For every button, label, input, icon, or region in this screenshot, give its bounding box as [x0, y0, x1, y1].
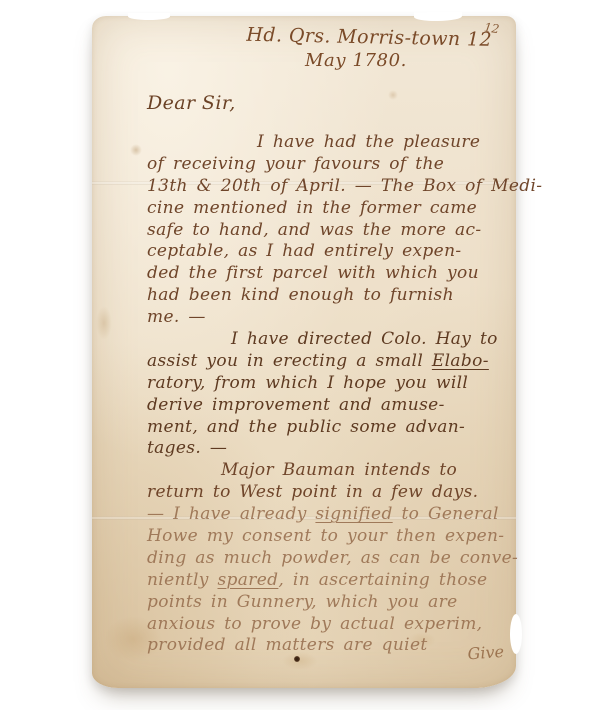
letter-page: 12 Hd. Qrs. Morris-town 12 May 1780. Dea…	[92, 16, 516, 688]
letter-line: Major Bauman intends to	[147, 460, 519, 482]
line-segment: assist you in erecting a small	[147, 351, 432, 371]
paper-stain	[96, 306, 112, 340]
letter-line: I have directed Colo. Hay to	[147, 329, 519, 351]
paper-stain	[130, 144, 142, 156]
letter-line: derive improvement and amuse-	[147, 395, 519, 417]
paper-stain	[388, 90, 398, 100]
letter-line: Howe my consent to your then expen-	[147, 526, 519, 548]
torn-edge-notch	[128, 13, 170, 20]
torn-edge-notch	[414, 12, 462, 22]
letter-line: of receiving your favours of the	[147, 154, 519, 176]
letter-line: ceptable, as I had entirely expen-	[147, 241, 519, 263]
letter-line: niently spared, in ascertaining those	[147, 570, 519, 592]
line-segment: niently	[147, 570, 217, 590]
letter-line: points in Gunnery, which you are	[147, 592, 519, 614]
photo-background: 12 Hd. Qrs. Morris-town 12 May 1780. Dea…	[0, 0, 600, 710]
heading-place-date: Hd. Qrs. Morris-town 12	[220, 23, 492, 51]
heading-month-year: May 1780.	[220, 50, 492, 71]
letter-line: cine mentioned in the former came	[147, 198, 519, 220]
letter-line: tages. —	[147, 438, 519, 460]
salutation: Dear Sir,	[147, 92, 236, 114]
line-segment: , in ascertaining those	[278, 570, 487, 590]
letter-heading: Hd. Qrs. Morris-town 12 May 1780.	[220, 26, 492, 71]
letter-line: safe to hand, and was the more ac-	[147, 220, 519, 242]
line-segment-underlined: Elabo-	[432, 351, 489, 371]
letter-line: had been kind enough to furnish	[147, 285, 519, 307]
letter-line: 13th & 20th of April. — The Box of Medi-	[147, 176, 519, 198]
letter-line: ded the first parcel with which you	[147, 263, 519, 285]
catchword: Give	[443, 642, 504, 665]
letter-line: me. —	[147, 307, 519, 329]
line-segment: — I have already	[147, 504, 315, 524]
letter-line: ratory, from which I hope you will	[147, 373, 519, 395]
letter-body: I have had the pleasure of receiving you…	[147, 132, 519, 657]
letter-line: anxious to prove by actual experim,	[147, 614, 519, 636]
letter-line: — I have already signified to General	[147, 504, 519, 526]
letter-line: ment, and the public some advan-	[147, 417, 519, 439]
line-segment: to General	[393, 504, 499, 524]
line-segment-underlined: signified	[315, 504, 392, 524]
letter-line: I have had the pleasure	[147, 132, 519, 154]
line-segment-underlined: spared	[217, 570, 278, 590]
letter-line: ding as much powder, as can be conve-	[147, 548, 519, 570]
letter-line: assist you in erecting a small Elabo-	[147, 351, 519, 373]
letter-line: return to West point in a few days.	[147, 482, 519, 504]
